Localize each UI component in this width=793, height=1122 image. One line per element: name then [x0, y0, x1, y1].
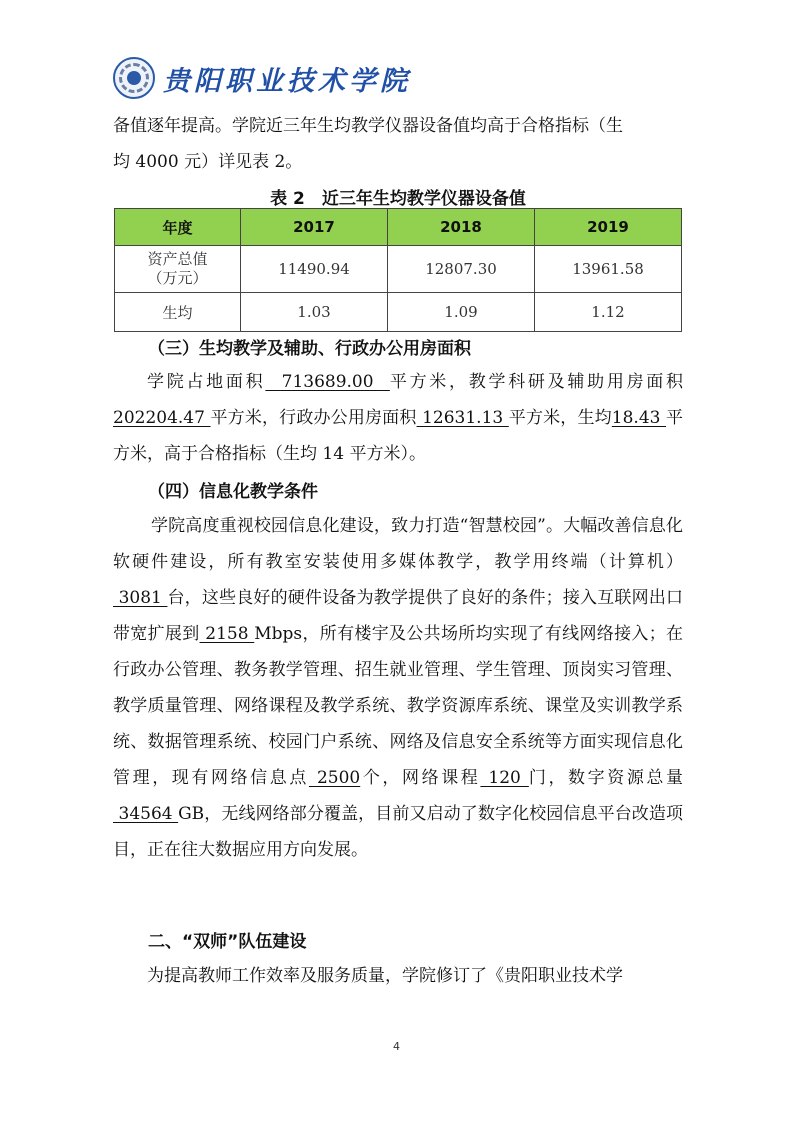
- table-caption: 表 2 近三年生均教学仪器设备值: [113, 184, 683, 209]
- text: 平方米，教学科研及辅助用房面积: [390, 372, 683, 392]
- courses-value: 120: [480, 768, 528, 788]
- row-label-line: 资产总值: [147, 250, 207, 268]
- cell-per-student-2019: 1.12: [535, 293, 682, 332]
- info-points-value: 2500: [309, 768, 360, 788]
- text: GB，无线网络部分覆盖，目前又启动了数字化校园信息平台改造项目，正在往大数据应用…: [113, 804, 683, 860]
- text: 学院占地面积: [147, 372, 265, 392]
- teaching-area-value: 202204.47: [113, 408, 211, 428]
- table-header-row: 年度 2017 2018 2019: [115, 209, 682, 246]
- intro-paragraph: 备值逐年提高。学院近三年生均教学仪器设备值均高于合格指标（生 均 4000 元）…: [113, 108, 683, 180]
- col-header-2018: 2018: [388, 209, 535, 246]
- row-label-assets: 资产总值 （万元）: [115, 246, 241, 293]
- section-3-paragraph: 学院占地面积 713689.00 平方米，教学科研及辅助用房面积202204.4…: [113, 364, 683, 472]
- text: 平方米，生均: [509, 408, 612, 428]
- table-row: 生均 1.03 1.09 1.12: [115, 293, 682, 332]
- section-two-heading: 二、“双师”队伍建设: [148, 927, 306, 952]
- text: Mbps，所有楼宇及公共场所均实现了有线网络接入；在行政办公管理、教务教学管理、…: [113, 624, 683, 788]
- per-student-area-value: 18.43: [612, 408, 666, 428]
- table-row: 资产总值 （万元） 11490.94 12807.30 13961.58: [115, 246, 682, 293]
- cell-assets-2017: 11490.94: [241, 246, 388, 293]
- intro-line-1: 备值逐年提高。学院近三年生均教学仪器设备值均高于合格指标（生: [113, 116, 623, 136]
- text: 个，网络课程: [360, 768, 480, 788]
- text: 门，数字资源总量: [529, 768, 683, 788]
- cell-assets-2018: 12807.30: [388, 246, 535, 293]
- row-label-unit: （万元）: [147, 269, 207, 287]
- row-label-per-student: 生均: [115, 293, 241, 332]
- col-header-2017: 2017: [241, 209, 388, 246]
- intro-line-2: 均 4000 元）详见表 2。: [113, 152, 302, 172]
- col-header-2019: 2019: [535, 209, 682, 246]
- logo-text: 贵阳职业技术学院: [163, 59, 411, 98]
- section-3-heading: （三）生均教学及辅助、行政办公用房面积: [148, 334, 471, 359]
- admin-area-value: 12631.13: [417, 408, 509, 428]
- text: 学院高度重视校园信息化建设，致力打造“智慧校园”。大幅改善信息化软硬件建设，所有…: [113, 516, 683, 572]
- equipment-value-table: 年度 2017 2018 2019 资产总值 （万元） 11490.94 128…: [114, 208, 682, 332]
- section-two-paragraph: 为提高教师工作效率及服务质量，学院修订了《贵阳职业技术学: [113, 958, 683, 994]
- land-area-value: 713689.00: [265, 372, 389, 392]
- cell-assets-2019: 13961.58: [535, 246, 682, 293]
- page-number: 4: [0, 1040, 793, 1053]
- col-header-year: 年度: [115, 209, 241, 246]
- cell-per-student-2018: 1.09: [388, 293, 535, 332]
- header-logo: 贵阳职业技术学院: [113, 57, 411, 99]
- text: 平方米，行政办公用房面积: [211, 408, 417, 428]
- bandwidth-value: 2158: [200, 624, 255, 644]
- section-4-paragraph: 学院高度重视校园信息化建设，致力打造“智慧校园”。大幅改善信息化软硬件建设，所有…: [113, 508, 683, 868]
- cell-per-student-2017: 1.03: [241, 293, 388, 332]
- section-4-heading: （四）信息化教学条件: [148, 477, 318, 502]
- school-emblem-icon: [113, 57, 155, 99]
- resources-value: 34564: [113, 804, 178, 824]
- terminals-value: 3081: [113, 588, 167, 608]
